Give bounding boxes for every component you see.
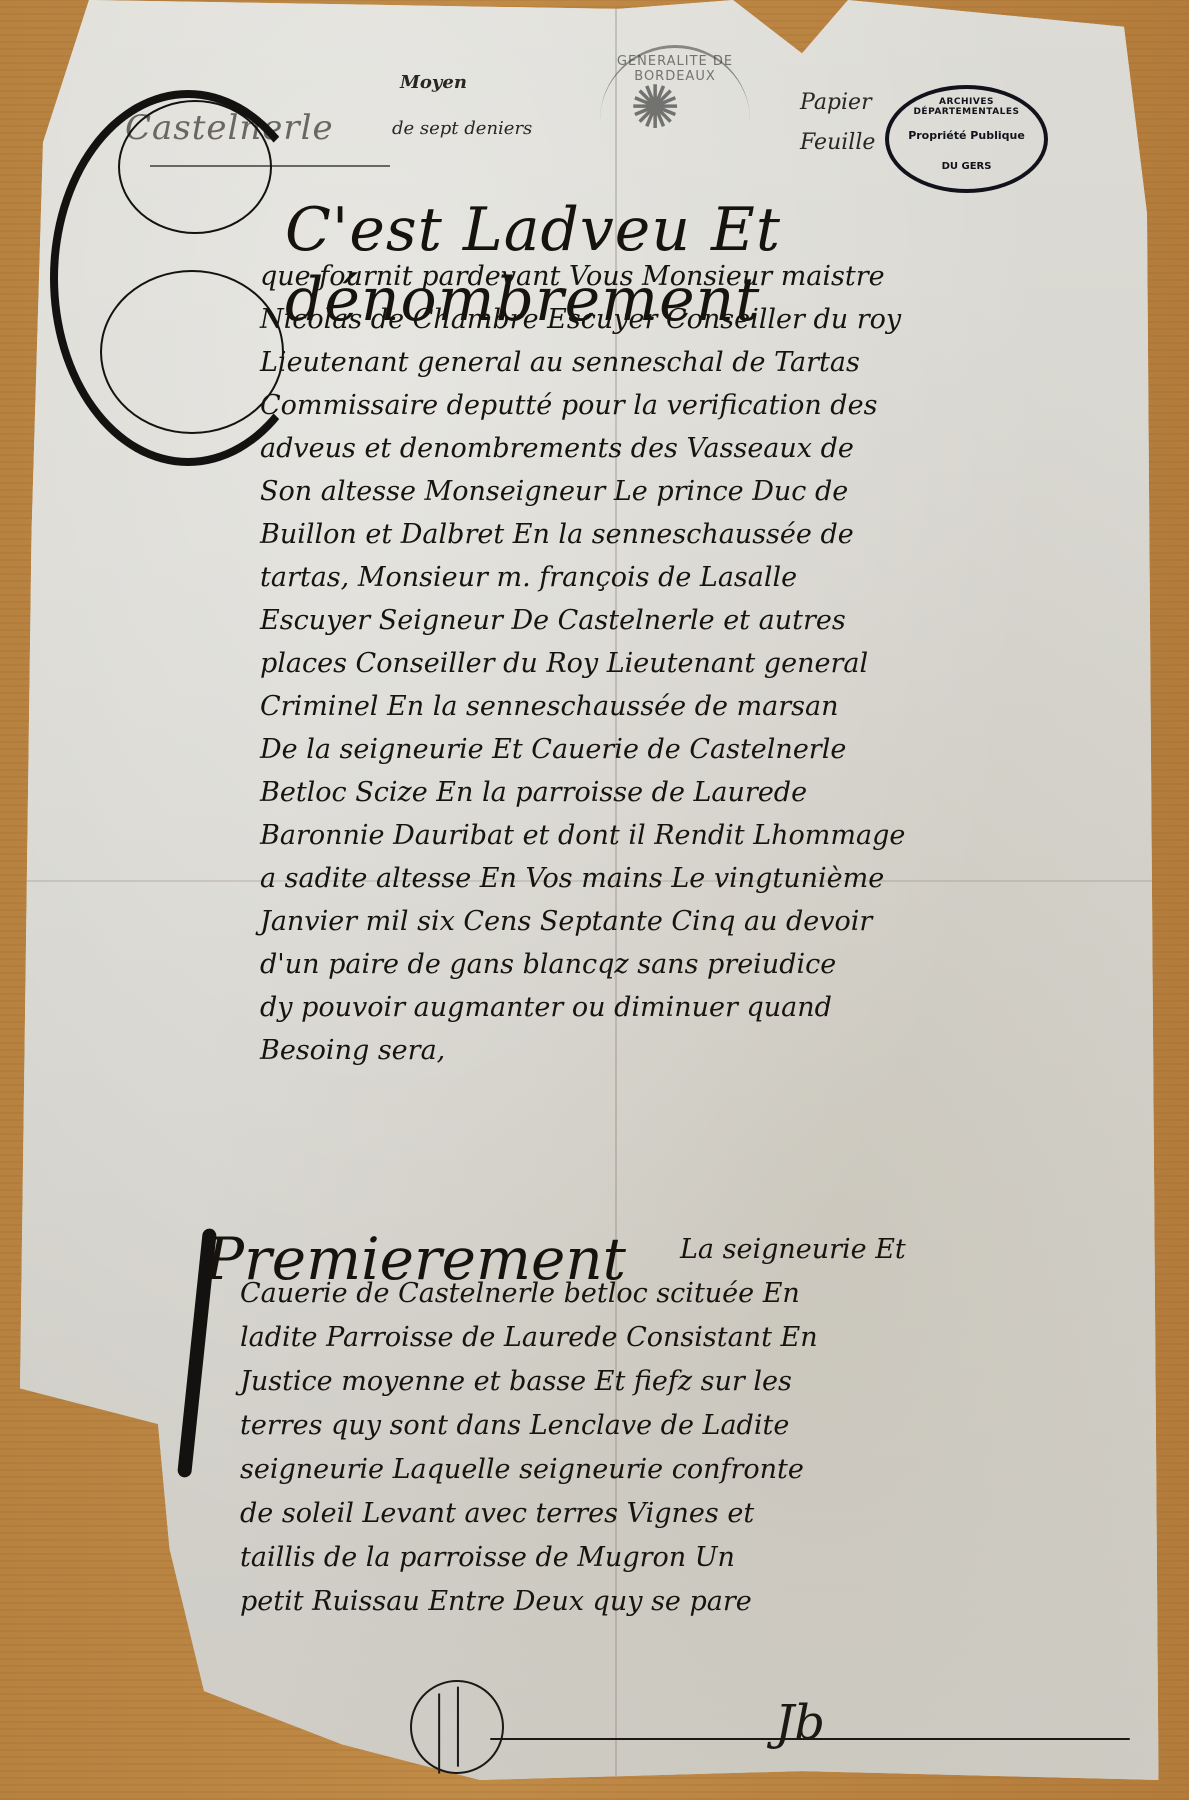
sun-rays-icon: ✺ [630, 78, 680, 138]
tax-stamp-top-text: Moyen [400, 72, 467, 93]
stamp-ring-text: ARCHIVES DÉPARTEMENTALES [889, 97, 1044, 117]
body-line: Nicolas de Chambre Escuyer Conseiller du… [260, 298, 1140, 341]
body-line: Lieutenant general au senneschal de Tart… [260, 341, 1140, 384]
body-line: Baronnie Dauribat et dont il Rendit Lhom… [260, 814, 1140, 857]
body-line: dy pouvoir augmanter ou diminuer quand [260, 986, 1140, 1029]
signature-initials-right: Jb [775, 1695, 825, 1751]
section-line: taillis de la parroisse de Mugron Un [240, 1536, 1140, 1580]
papier-label: Papier [800, 90, 872, 115]
body-line: Commissaire deputté pour la verification… [260, 384, 1140, 427]
section-body: La seigneurie Et Cauerie de Castelnerle … [240, 1290, 1140, 1624]
section-line: ladite Parroisse de Laurede Consistant E… [240, 1316, 1140, 1360]
feuille-label: Feuille [800, 130, 875, 155]
section-line: seigneurie Laquelle seigneurie confronte [240, 1448, 1140, 1492]
archives-departementales-stamp: ARCHIVES DÉPARTEMENTALES Propriété Publi… [885, 85, 1048, 193]
section-line: La seigneurie Et [680, 1228, 1140, 1272]
body-line: Buillon et Dalbret En la senneschaussée … [260, 513, 1140, 556]
body-line: que fournit pardevant Vous Monsieur mais… [260, 255, 1140, 298]
body-line: Betloc Scize En la parroisse de Laurede [260, 771, 1140, 814]
initial-flourish-ring-top [118, 100, 272, 234]
document-body: que fournit pardevant Vous Monsieur mais… [260, 255, 1140, 1072]
stamp-bottom-text: DU GERS [889, 161, 1044, 172]
body-line: adveus et denombrements des Vasseaux de [260, 427, 1140, 470]
body-line: De la seigneurie Et Cauerie de Castelner… [260, 728, 1140, 771]
body-line: places Conseiller du Roy Lieutenant gene… [260, 642, 1140, 685]
body-line: Escuyer Seigneur De Castelnerle et autre… [260, 599, 1140, 642]
body-line: tartas, Monsieur m. françois de Lasalle [260, 556, 1140, 599]
section-line: terres quy sont dans Lenclave de Ladite [240, 1404, 1140, 1448]
stamp-center-text: Propriété Publique [889, 129, 1044, 142]
initial-flourish-ring-bottom [100, 270, 284, 434]
section-line: Justice moyenne et basse Et fiefz sur le… [240, 1360, 1140, 1404]
section-line: petit Ruissau Entre Deux quy se pare [240, 1580, 1140, 1624]
body-line: a sadite altesse En Vos mains Le vingtun… [260, 857, 1140, 900]
section-line: de soleil Levant avec terres Vignes et [240, 1492, 1140, 1536]
tax-stamp-bottom-text: de sept deniers [392, 118, 532, 139]
body-line: Besoing sera, [260, 1029, 1140, 1072]
generalite-seal-stamp: GENERALITE DE BORDEAUX ✺ [600, 45, 750, 188]
section-line: Cauerie de Castelnerle betloc scituée En [240, 1272, 1140, 1316]
body-line: Criminel En la senneschaussée de marsan [260, 685, 1140, 728]
body-line: Janvier mil six Cens Septante Cinq au de… [260, 900, 1140, 943]
body-line: Son altesse Monseigneur Le prince Duc de [260, 470, 1140, 513]
body-line: d'un paire de gans blancqz sans preiudic… [260, 943, 1140, 986]
